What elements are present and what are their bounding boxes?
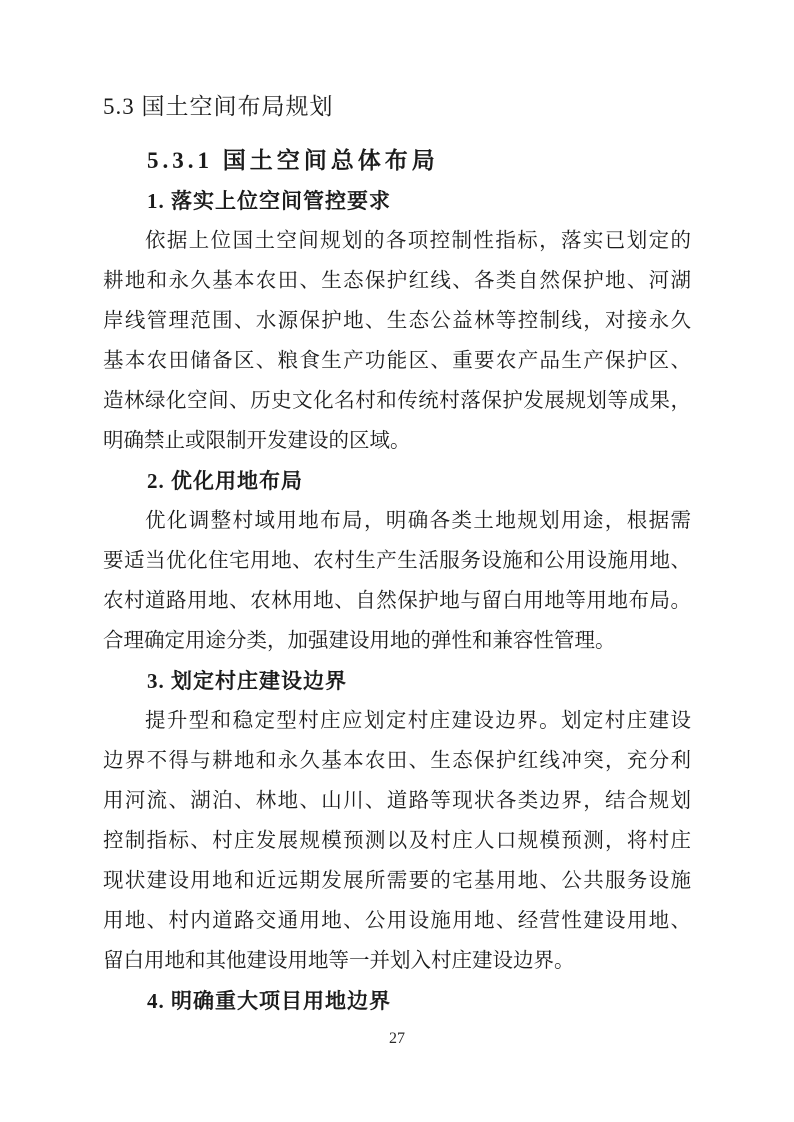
document-page: 5.3 国土空间布局规划5.3.1 国土空间总体布局1. 落实上位空间管控要求依… [0, 0, 794, 1122]
paragraph-line: 基本农田储备区、粮食生产功能区、重要农产品生产保护区、 [103, 341, 691, 381]
paragraph-line: 耕地和永久基本农田、生态保护红线、各类自然保护地、河湖 [103, 261, 691, 301]
paragraph-line: 留白用地和其他建设用地等一并划入村庄建设边界。 [103, 941, 691, 981]
numbered-heading-3: 3. 划定村庄建设边界 [103, 661, 691, 701]
paragraph-line: 造林绿化空间、历史文化名村和传统村落保护发展规划等成果， [103, 381, 691, 421]
paragraph-line: 农村道路用地、农林用地、自然保护地与留白用地等用地布局。 [103, 581, 691, 621]
numbered-heading-4: 4. 明确重大项目用地边界 [103, 981, 691, 1021]
paragraph-line: 用河流、湖泊、林地、山川、道路等现状各类边界，结合规划 [103, 781, 691, 821]
document-content: 5.3 国土空间布局规划5.3.1 国土空间总体布局1. 落实上位空间管控要求依… [103, 87, 691, 1021]
paragraph-2: 优化调整村域用地布局，明确各类土地规划用途，根据需要适当优化住宅用地、农村生产生… [103, 501, 691, 661]
paragraph-line: 现状建设用地和近远期发展所需要的宅基用地、公共服务设施 [103, 861, 691, 901]
paragraph-line: 岸线管理范围、水源保护地、生态公益林等控制线，对接永久 [103, 301, 691, 341]
paragraph-line: 明确禁止或限制开发建设的区域。 [103, 421, 691, 461]
paragraph-line: 优化调整村域用地布局，明确各类土地规划用途，根据需 [103, 501, 691, 541]
section-heading: 5.3 国土空间布局规划 [103, 87, 691, 127]
paragraph-1: 依据上位国土空间规划的各项控制性指标，落实已划定的耕地和永久基本农田、生态保护红… [103, 221, 691, 461]
paragraph-line: 提升型和稳定型村庄应划定村庄建设边界。划定村庄建设 [103, 701, 691, 741]
paragraph-line: 要适当优化住宅用地、农村生产生活服务设施和公用设施用地、 [103, 541, 691, 581]
paragraph-line: 边界不得与耕地和永久基本农田、生态保护红线冲突，充分利 [103, 741, 691, 781]
paragraph-line: 合理确定用途分类，加强建设用地的弹性和兼容性管理。 [103, 621, 691, 661]
paragraph-3: 提升型和稳定型村庄应划定村庄建设边界。划定村庄建设边界不得与耕地和永久基本农田、… [103, 701, 691, 981]
numbered-heading-2: 2. 优化用地布局 [103, 461, 691, 501]
page-number: 27 [0, 1029, 794, 1049]
numbered-heading-1: 1. 落实上位空间管控要求 [103, 181, 691, 221]
paragraph-line: 依据上位国土空间规划的各项控制性指标，落实已划定的 [103, 221, 691, 261]
subsection-heading: 5.3.1 国土空间总体布局 [103, 141, 691, 181]
paragraph-line: 用地、村内道路交通用地、公用设施用地、经营性建设用地、 [103, 901, 691, 941]
paragraph-line: 控制指标、村庄发展规模预测以及村庄人口规模预测，将村庄 [103, 821, 691, 861]
